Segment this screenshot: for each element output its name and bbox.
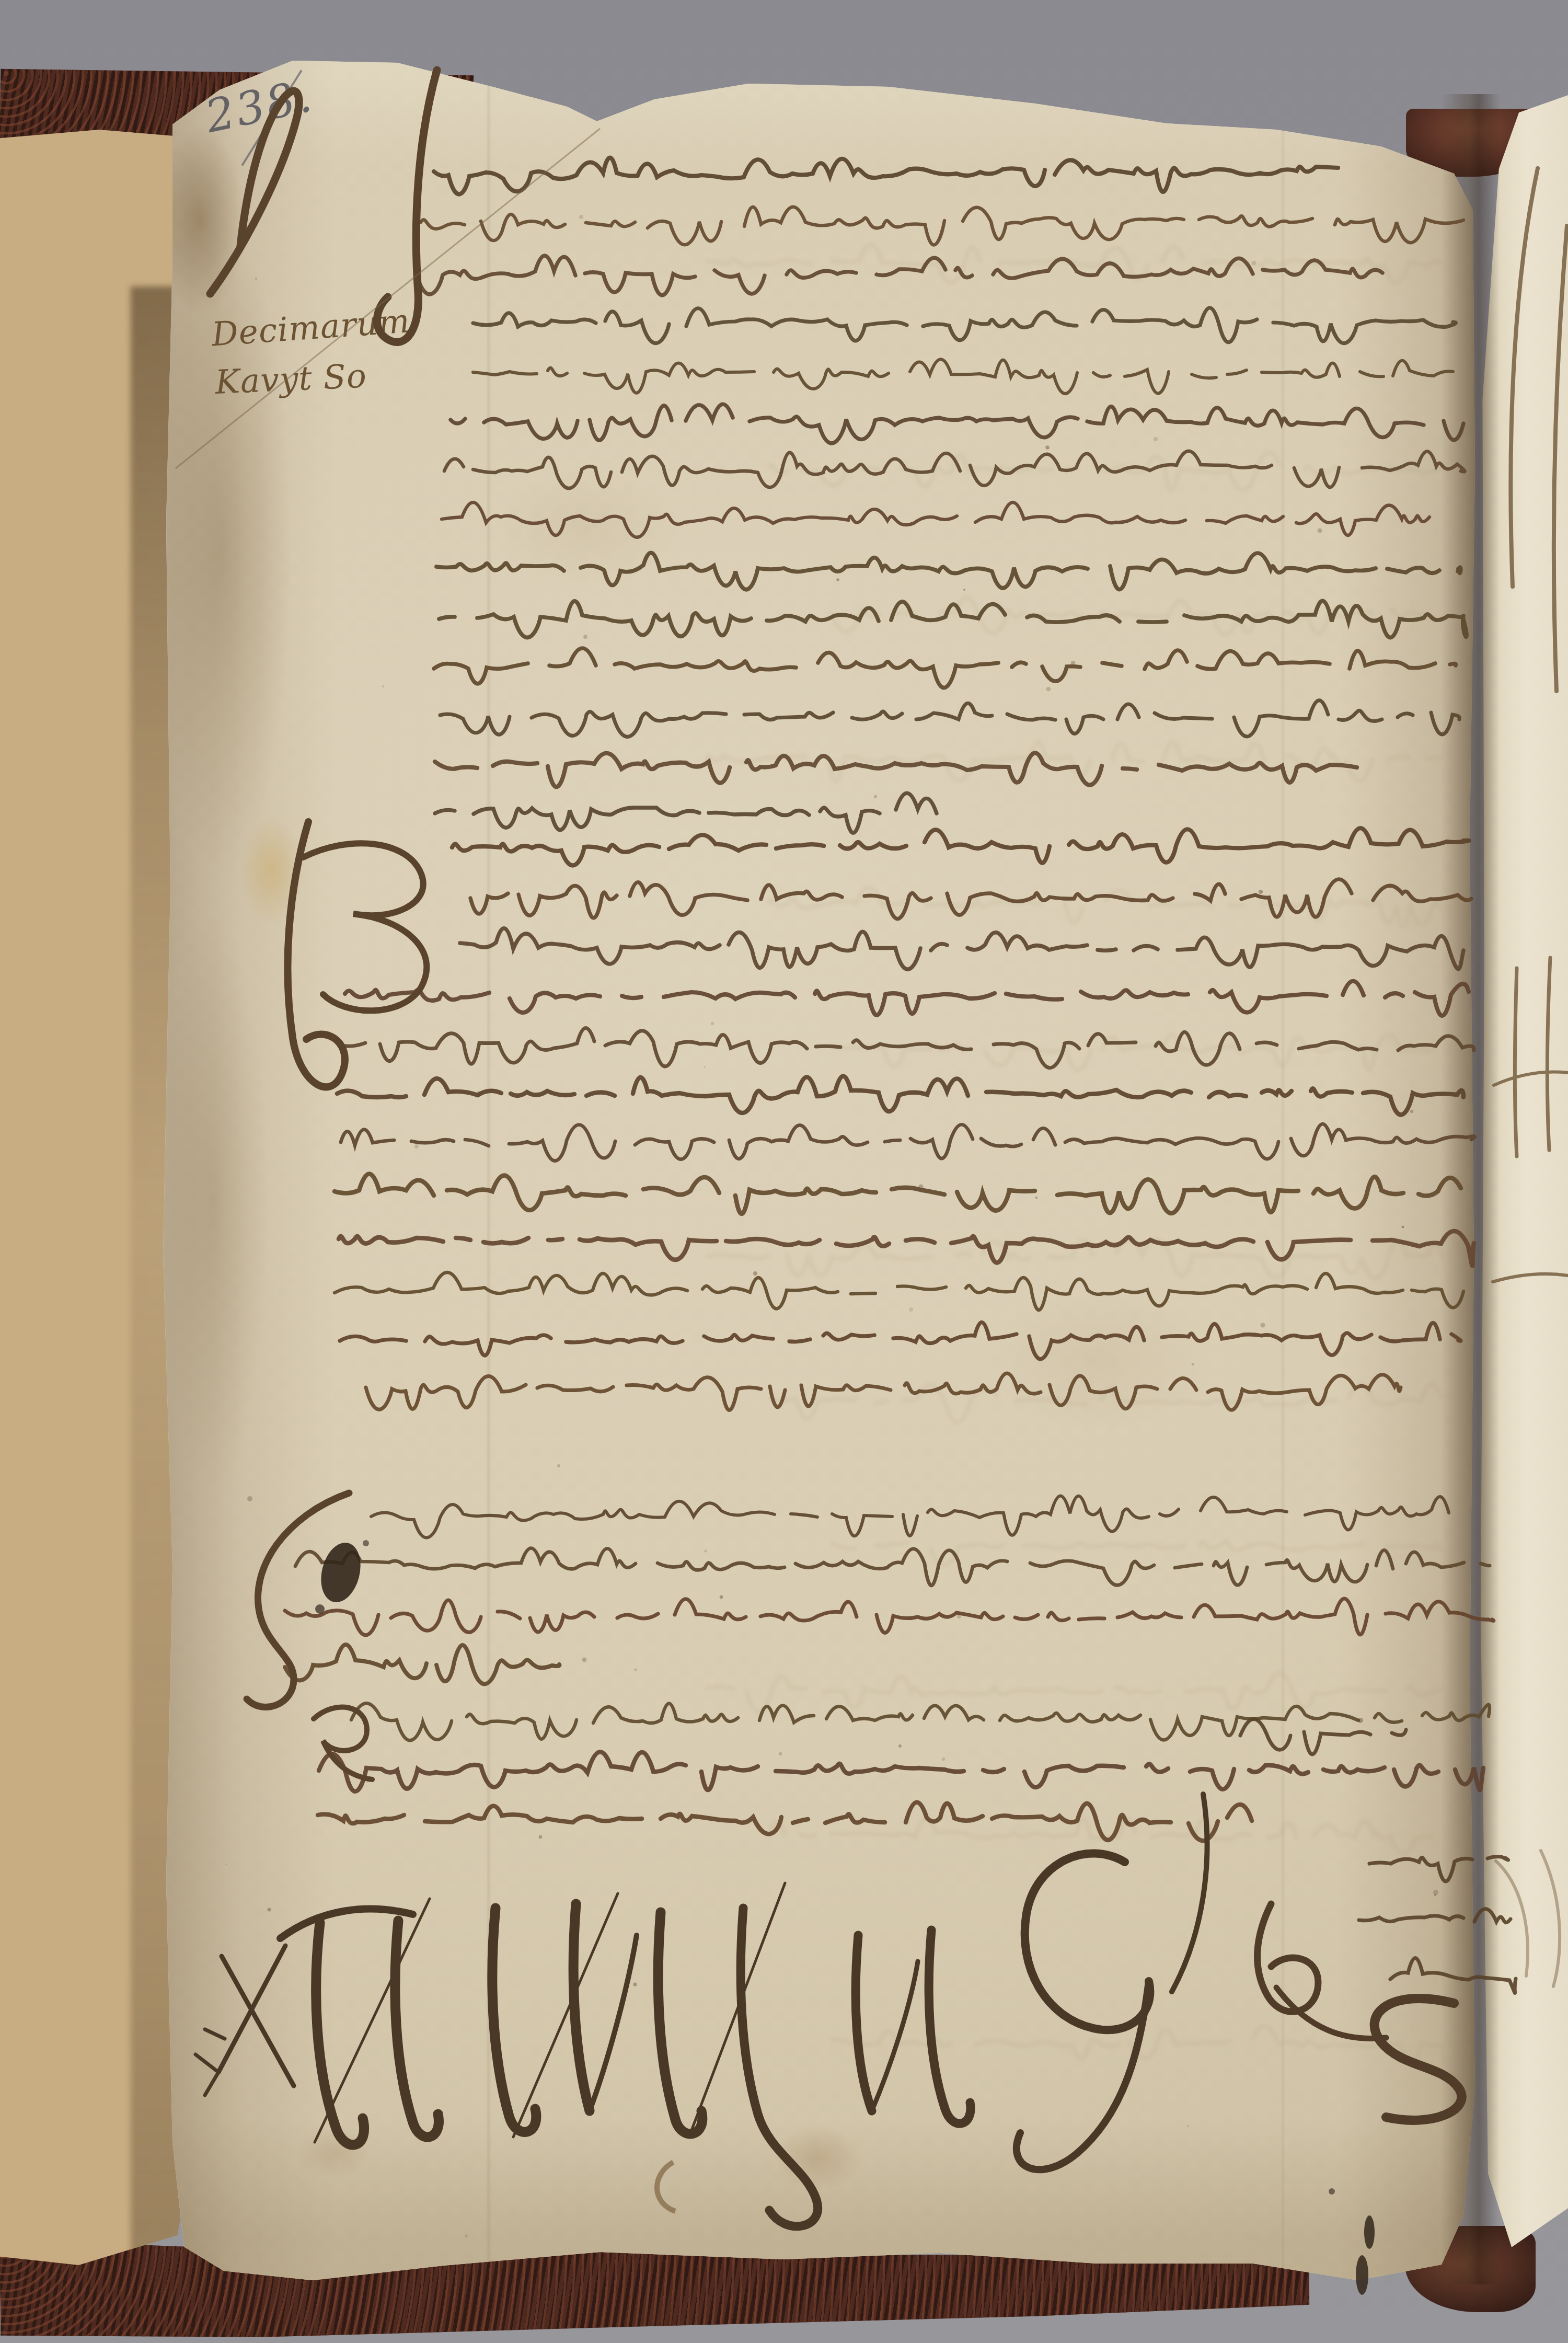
manuscript-photo: 238. Decimarum Kavyt So (0, 0, 1568, 2343)
margin-heading-line2: Kavyt So (214, 345, 509, 407)
margin-heading: Decimarum Kavyt So (210, 290, 509, 411)
margin-heading-line1: Decimarum (211, 302, 411, 353)
gutter-shadow (1440, 94, 1508, 2284)
manuscript-page: 238. Decimarum Kavyt So (0, 0, 1568, 2343)
